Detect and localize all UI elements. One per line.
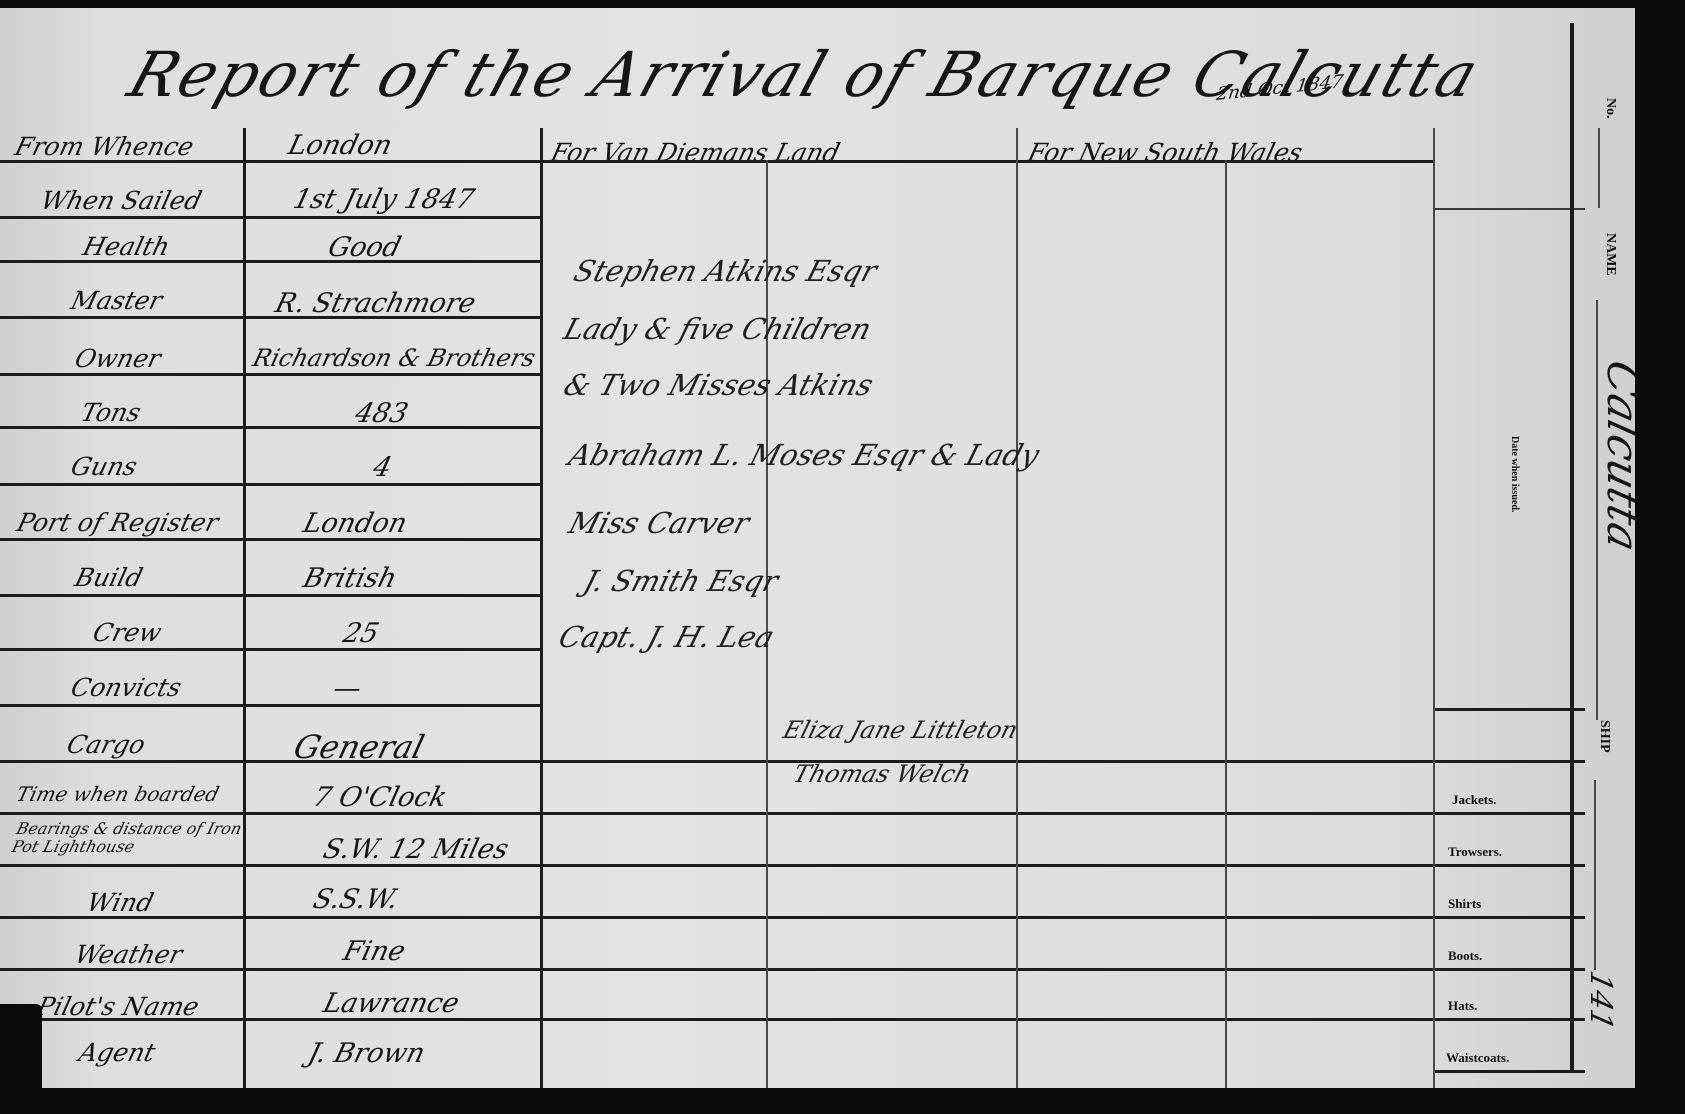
value-guns: 4 [370,452,395,483]
label-from-whence: From Whence [12,132,197,161]
side-line [1596,300,1598,720]
row-rule [0,864,1585,867]
row-rule [0,216,540,219]
row-rule [1435,1070,1585,1073]
passenger-vdl: Capt. J. H. Lea [555,620,778,654]
value-agent: J. Brown [305,1038,428,1069]
value-time-boarded: 7 O'Clock [310,782,450,813]
side-ship-label: SHIP [1596,720,1612,753]
label-wind: Wind [84,888,157,917]
value-from-whence: London [285,130,395,161]
clothing-waistcoats: Waistcoats. [1446,1050,1509,1066]
row-rule [0,1018,1585,1021]
label-owner: Owner [72,344,164,373]
value-master: R. Strachmore [272,288,479,319]
clothing-hats: Hats. [1448,998,1477,1014]
passenger-nsw: Thomas Welch [790,760,974,788]
column-rule [243,128,246,1088]
value-crew: 25 [340,618,382,649]
passenger-vdl: Stephen Atkins Esqr [570,254,881,288]
arrival-report-page: Report of the Arrival of Barque Calcutta… [0,8,1635,1088]
label-build: Build [72,563,146,592]
clothing-boots: Boots. [1448,948,1482,964]
value-port-of-register: London [300,508,410,539]
label-cargo: Cargo [64,730,148,759]
clothing-jackets: Jackets. [1452,792,1496,808]
label-guns: Guns [68,452,140,481]
side-date-label: Date when issued. [1509,436,1520,512]
value-weather: Fine [340,936,408,967]
header-rule [0,160,1435,163]
side-strip-rule [1570,23,1574,1073]
column-rule [1016,128,1018,1088]
value-build: British [300,563,400,594]
label-convicts: Convicts [68,673,185,702]
value-cargo: General [290,728,428,766]
column-rule [540,128,543,1088]
label-crew: Crew [90,618,165,647]
value-bearings: S.W. 12 Miles [320,834,512,865]
passenger-vdl: Miss Carver [565,506,753,540]
clothing-shirts: Shirts [1448,896,1481,912]
label-port-of-register: Port of Register [14,508,222,537]
row-rule [0,760,1585,763]
side-name-label: NAME [1602,233,1618,276]
side-rule [1435,208,1585,210]
label-health: Health [80,232,173,261]
row-rule [0,373,540,376]
row-rule [0,538,540,541]
row-rule [0,916,1585,919]
passenger-vdl: Lady & five Children [560,312,875,346]
label-pilots-name: Pilot's Name [34,992,202,1021]
side-ship-name: Calcutta [1597,355,1635,556]
label-master: Master [68,286,165,315]
report-title: Report of the Arrival of Barque Calcutta [120,38,1489,111]
side-number: 141 [1583,967,1618,1033]
label-when-sailed: When Sailed [38,186,205,215]
label-bearings: Bearings & distance of Iron Pot Lighthou… [10,820,249,856]
side-line [1594,780,1596,970]
value-pilots-name: Lawrance [320,988,462,1019]
value-when-sailed: 1st July 1847 [290,184,478,215]
column-rule [1225,160,1227,1088]
clothing-trowsers: Trowsers. [1448,844,1502,860]
row-rule [0,594,540,597]
value-convicts: — [330,673,365,704]
scan-edge [0,1004,42,1114]
passenger-nsw: Eliza Jane Littleton [780,716,1021,744]
row-rule [0,968,1585,971]
side-line [1598,128,1600,208]
row-rule [1435,708,1585,711]
value-tons: 483 [352,398,411,429]
label-weather: Weather [72,940,185,969]
row-rule [0,704,540,707]
row-rule [0,812,1585,815]
row-rule [0,483,540,486]
label-agent: Agent [76,1038,158,1067]
side-no-label: No. [1602,98,1618,119]
value-owner: Richardson & Brothers [250,344,538,372]
passenger-vdl: & Two Misses Atkins [560,368,877,402]
column-rule [1433,128,1435,1088]
passenger-vdl: Abraham L. Moses Esqr & Lady [565,438,1043,472]
value-health: Good [325,232,404,263]
label-tons: Tons [78,398,144,427]
passenger-vdl: J. Smith Esqr [580,564,782,598]
value-wind: S.S.W. [310,884,402,915]
row-rule [0,648,540,651]
label-time-boarded: Time when boarded [14,782,222,806]
